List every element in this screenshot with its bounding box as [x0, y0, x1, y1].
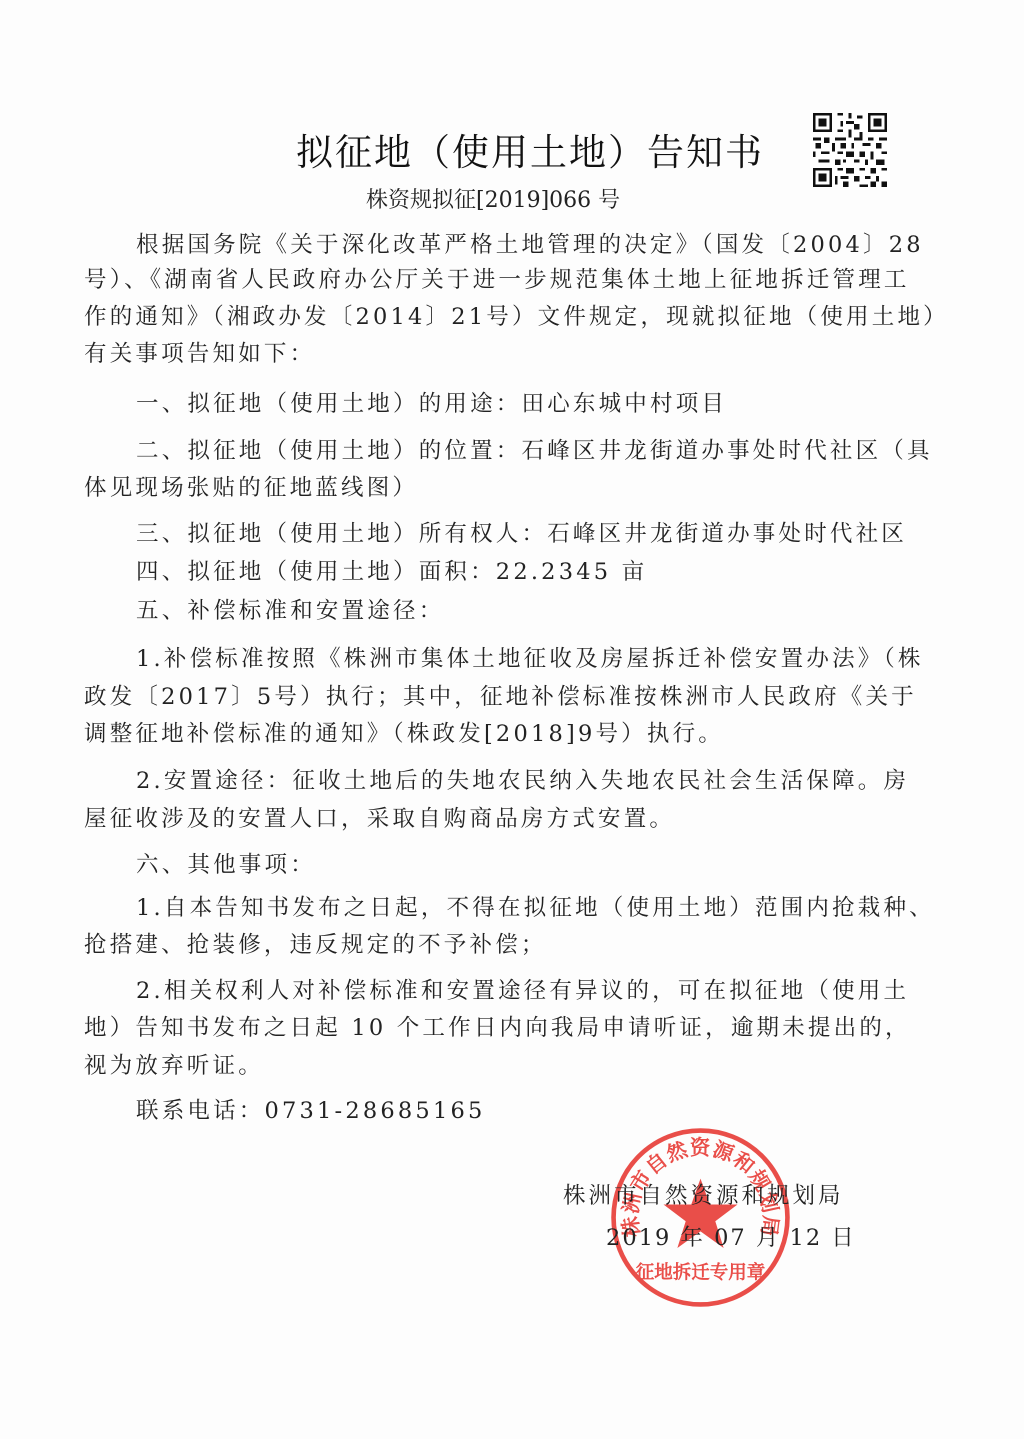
body-paragraph-line: 根据国务院《关于深化改革严格土地管理的决定》（国发〔2004〕28: [136, 230, 1006, 260]
body-paragraph-line: 号）、《湖南省人民政府办公厅关于进一步规范集体土地上征地拆迁管理工: [84, 265, 954, 295]
item-location-continued: 体见现场张贴的征地蓝线图）: [84, 473, 954, 503]
compensation-standard-line: 政发〔2017〕5号）执行；其中，征地补偿标准按株洲市人民政府《关于: [84, 682, 954, 712]
other-matter-line: 视为放弃听证。: [84, 1051, 954, 1081]
other-matter-line: 1.自本告知书发布之日起，不得在拟征地（使用土地）范围内抢栽种、: [136, 893, 1006, 923]
document-page: 拟征地（使用土地）告知书 株资规拟征[2019]066 号 根据国务院《关于深化: [0, 0, 1024, 1439]
item-location: 二、拟征地（使用土地）的位置：石峰区井龙街道办事处时代社区（具: [136, 436, 1006, 466]
item-owner: 三、拟征地（使用土地）所有权人：石峰区井龙街道办事处时代社区: [136, 519, 1006, 549]
seal-bottom-text: 征地拆迁专用章: [636, 1262, 766, 1284]
document-number: 株资规拟征[2019]066 号: [366, 183, 620, 214]
qr-code-icon: [808, 110, 892, 190]
body-paragraph-line: 作的通知》（湘政办发〔2014〕21号）文件规定，现就拟征地（使用土地）: [84, 302, 954, 332]
item-area: 四、拟征地（使用土地）面积：22.2345 亩: [136, 557, 1006, 587]
other-matter-line: 2.相关权利人对补偿标准和安置途径有异议的，可在拟征地（使用土: [136, 976, 1006, 1006]
contact-phone: 联系电话：0731-28685165: [136, 1096, 1006, 1126]
resettlement-line: 2.安置途径：征收土地后的失地农民纳入失地农民社会生活保障。房: [136, 766, 1006, 796]
other-matter-line: 地）告知书发布之日起 10 个工作日内向我局申请听证，逾期未提出的，: [84, 1013, 954, 1043]
document-title: 拟征地（使用土地）告知书: [296, 122, 756, 176]
item-other-heading: 六、其他事项：: [136, 850, 1006, 880]
issuer-signature: 株洲市自然资源和规划局: [563, 1178, 844, 1210]
other-matter-line: 抢搭建、抢装修，违反规定的不予补偿；: [84, 930, 954, 960]
item-compensation-heading: 五、补偿标准和安置途径：: [136, 596, 1006, 626]
compensation-standard-line: 调整征地补偿标准的通知》（株政发[2018]9号）执行。: [84, 719, 954, 749]
body-paragraph-line: 有关事项告知如下：: [84, 339, 954, 369]
item-purpose: 一、拟征地（使用土地）的用途：田心东城中村项目: [136, 389, 1006, 419]
resettlement-line: 屋征收涉及的安置人口，采取自购商品房方式安置。: [84, 804, 954, 834]
compensation-standard-line: 1.补偿标准按照《株洲市集体土地征收及房屋拆迁补偿安置办法》（株: [136, 644, 1006, 674]
issue-date: 2019 年 07 月 12 日: [606, 1220, 856, 1252]
official-seal: 株洲市自然资源和规划局 征地拆迁专用章: [608, 1125, 793, 1310]
